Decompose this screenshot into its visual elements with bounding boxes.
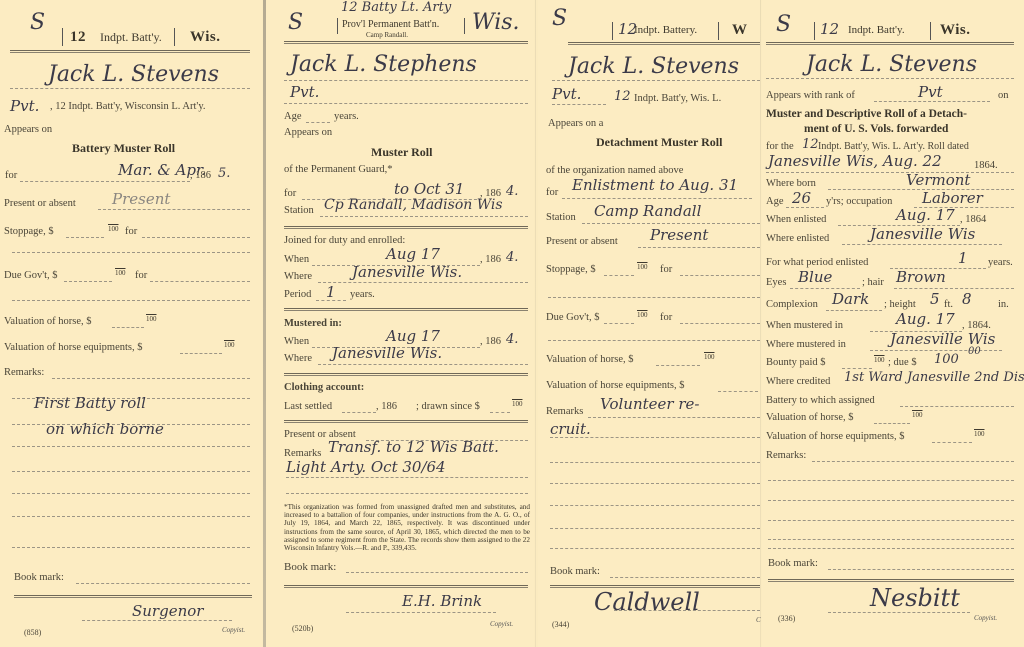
eyes-line — [790, 288, 860, 289]
bounty-paid-label: Bounty paid $ — [766, 357, 826, 368]
unit-handwritten: 12 Batty Lt. Arty — [341, 0, 451, 15]
mustered-when-label: When — [284, 336, 309, 347]
age-label: Age — [766, 196, 784, 207]
soldier-name: Jack L. Stevens — [48, 62, 219, 87]
copyist-signature: Surgenor — [132, 602, 203, 620]
remarks-line — [588, 417, 760, 418]
mustered-label: Mustered in: — [284, 318, 342, 329]
station-label: Station — [546, 212, 576, 223]
header-rule — [766, 42, 1014, 45]
form-number: (858) — [24, 628, 41, 637]
name-line — [766, 78, 1014, 79]
horse-equip-label: Valuation of horse equipments, $ — [546, 380, 685, 391]
unit-number: 12 — [70, 29, 86, 46]
born-value: Vermont — [906, 171, 970, 189]
drawn-since-cents: 100 — [512, 400, 523, 408]
mustered-where-line — [870, 350, 1002, 351]
book-mark-label: Book mark: — [550, 566, 600, 577]
for-line — [20, 181, 190, 182]
mustered-where-label: Where — [284, 353, 312, 364]
occupation-label: y'rs; occupation — [826, 196, 892, 207]
mustered-where-line — [318, 364, 528, 365]
roll-sublabel: of the Permanent Guard,* — [284, 164, 392, 175]
enlisted-when-label: When enlisted — [766, 214, 826, 225]
period-suffix: years. — [350, 289, 375, 300]
rank-line — [552, 104, 606, 105]
mustered-where-label: Where mustered in — [766, 339, 846, 350]
card-initial: S — [552, 6, 567, 31]
section-rule — [284, 308, 528, 311]
header-separator — [337, 18, 338, 34]
form-number: (520b) — [292, 624, 313, 633]
last-settled-year: , 186 — [376, 401, 397, 412]
bounty-due-cents: 00 — [968, 346, 981, 357]
period-label: Period — [284, 289, 311, 300]
bounty-paid-line — [842, 368, 872, 369]
remarks-line — [768, 539, 1014, 540]
for-line — [562, 198, 752, 199]
age-label: Age — [284, 111, 302, 122]
unit-sublabel: Camp Randall. — [366, 31, 408, 39]
due-gov-for: for — [135, 270, 147, 281]
service-card-detachment-muster-roll: S 12 Indpt. Battery. W Jack L. Stevens P… — [538, 0, 760, 647]
for-the-unit: 12 — [802, 137, 819, 152]
book-mark-line — [610, 577, 760, 578]
roll-title: Battery Muster Roll — [72, 141, 175, 156]
roll-year: 1864. — [974, 160, 998, 171]
card-initial: S — [288, 10, 303, 35]
station-label: Station — [284, 205, 314, 216]
service-card-permanent-guard-muster-roll: S 12 Batty Lt. Arty Prov'l Permanent Bat… — [266, 0, 534, 647]
remarks-label: Remarks — [546, 406, 583, 417]
credited-value: 1st Ward Janesville 2nd Dist Wis — [844, 370, 1024, 385]
remarks-line — [768, 548, 1014, 549]
header-rule — [568, 42, 760, 45]
section-rule — [284, 226, 528, 229]
remarks-label: Remarks: — [4, 367, 44, 378]
mustered-when-value: Aug. 17 — [896, 310, 955, 328]
roll-year-prefix: , 186 — [190, 170, 211, 181]
remarks-line — [768, 500, 1014, 501]
horse-line — [874, 423, 910, 424]
age-suffix: years. — [334, 111, 359, 122]
remarks-line-1: First Batty roll — [34, 394, 146, 412]
state-label: Wis. — [940, 22, 970, 39]
soldier-name: Jack L. Stevens — [568, 54, 739, 79]
blank-line — [548, 297, 760, 298]
for-the-suffix: Indpt. Batt'y, Wis. L. Art'y. Roll dated — [818, 141, 969, 152]
remarks-line — [550, 548, 760, 549]
remarks-line-1: Volunteer re- — [600, 395, 699, 413]
rank-suffix: on — [998, 90, 1009, 101]
rank-line — [874, 101, 990, 102]
horse-cents: 100 — [146, 315, 157, 323]
horse-valuation-label: Valuation of horse, $ — [4, 316, 91, 327]
book-mark-label: Book mark: — [14, 572, 64, 583]
eyes-value: Blue — [798, 268, 832, 286]
occupation-value: Laborer — [922, 189, 983, 207]
joined-year-prefix: , 186 — [480, 254, 501, 265]
station-value: Camp Randall — [594, 202, 701, 220]
remarks-line-2: cruit. — [550, 420, 591, 438]
enlisted-where-value: Janesville Wis — [870, 225, 975, 243]
roll-title-2: ment of U. S. Vols. forwarded — [804, 123, 948, 135]
remarks-line — [12, 493, 250, 494]
header-separator — [464, 18, 465, 34]
roll-title-1: Muster and Descriptive Roll of a Detach- — [766, 108, 967, 120]
remarks-line — [52, 378, 250, 379]
card-divider — [760, 0, 761, 647]
age-value: 26 — [792, 189, 811, 207]
header-separator — [930, 22, 931, 40]
unit-label: Indpt. Batt'y. — [848, 24, 905, 36]
present-line — [98, 209, 250, 210]
horse-equip-cents: 100 — [224, 341, 235, 349]
stoppage-for: for — [125, 226, 137, 237]
stoppage-line — [66, 237, 104, 238]
book-mark-line — [346, 572, 528, 573]
remarks-line-2: Light Arty. Oct 30/64 — [286, 458, 446, 476]
state-label: W — [732, 22, 748, 39]
remarks-line — [550, 528, 760, 529]
hair-value: Brown — [896, 268, 946, 286]
bounty-due-value: 100 — [934, 352, 959, 367]
joined-where-line — [318, 282, 528, 283]
header-rule — [284, 41, 528, 44]
name-line — [10, 88, 250, 89]
due-gov-label: Due Gov't, $ — [4, 270, 58, 281]
present-absent-value: Present — [650, 226, 708, 244]
joined-when-label: When — [284, 254, 309, 265]
period-value: 1 — [958, 249, 968, 267]
horse-line — [656, 365, 700, 366]
for-label: for — [284, 188, 296, 199]
clothing-label: Clothing account: — [284, 382, 364, 393]
station-line — [320, 216, 528, 217]
period-value: 1 — [326, 283, 336, 301]
horse-equip-label: Valuation of horse equipments, $ — [766, 431, 905, 442]
remarks-line — [12, 516, 250, 517]
period-suffix: years. — [988, 257, 1013, 268]
copyist-label: Copyist. — [974, 614, 997, 622]
due-gov-label: Due Gov't, $ — [546, 312, 600, 323]
remarks-line — [550, 483, 760, 484]
copyist-label: Copyist. — [490, 620, 513, 628]
appears-on-label: Appears on — [284, 127, 332, 138]
blank-line — [12, 252, 250, 253]
unit-label: Indpt. Batt'y. — [100, 30, 162, 45]
form-number: (336) — [778, 614, 795, 623]
name-line — [284, 80, 528, 81]
header-separator — [612, 22, 613, 40]
joined-where-label: Where — [284, 271, 312, 282]
horse-cents: 100 — [704, 353, 715, 361]
remarks-line — [12, 446, 250, 447]
remarks-line — [812, 461, 1014, 462]
joined-year-suffix: 4. — [506, 250, 518, 265]
roll-dated: Janesville Wis, Aug. 22 — [768, 152, 942, 170]
footer-rule — [284, 585, 528, 588]
due-gov-for-line — [680, 323, 760, 324]
appears-on-label: Appears on a — [548, 118, 603, 129]
state-label: Wis. — [472, 10, 520, 35]
age-line — [786, 207, 824, 208]
hair-label: ; hair — [862, 277, 884, 288]
footer-rule — [14, 595, 252, 598]
battery-assigned-line — [900, 406, 1014, 407]
name-line — [552, 80, 760, 81]
rank: Pvt. — [10, 97, 39, 115]
unit-label: Prov'l Permanent Batt'n. — [342, 19, 439, 30]
copyist-signature: Nesbitt — [870, 584, 960, 612]
soldier-name: Jack L. Stevens — [806, 52, 977, 77]
for-the-label: for the — [766, 141, 794, 152]
height-inches: 8 — [962, 290, 972, 308]
roll-year-suffix: 5. — [218, 166, 230, 181]
roll-sublabel: of the organization named above — [546, 165, 683, 176]
born-line — [828, 189, 1014, 190]
age-line — [306, 122, 330, 123]
service-card-battery-muster-roll: S 12 Indpt. Batt'y. Wis. Jack L. Stevens… — [0, 0, 262, 647]
rank-line — [284, 103, 528, 104]
copyist-line — [346, 612, 496, 613]
book-mark-label: Book mark: — [768, 558, 818, 569]
blank-line — [548, 340, 760, 341]
remarks-line-2: on which borne — [46, 420, 164, 438]
header-separator — [814, 22, 815, 40]
complexion-label: Complexion — [766, 299, 818, 310]
due-gov-line — [64, 281, 112, 282]
remarks-line — [768, 520, 1014, 521]
horse-valuation-label: Valuation of horse, $ — [766, 412, 853, 423]
hair-line — [894, 288, 1014, 289]
roll-title: Muster Roll — [371, 145, 432, 160]
header-separator — [62, 28, 63, 46]
horse-equip-line — [932, 442, 972, 443]
rank: Pvt. — [552, 85, 581, 103]
roll-title: Detachment Muster Roll — [596, 135, 722, 150]
joined-where-value: Janesville Wis. — [352, 263, 462, 281]
stoppage-cents: 100 — [108, 225, 119, 233]
mustered-year-suffix: 4. — [506, 332, 518, 347]
rank-label: Appears with rank of — [766, 90, 855, 101]
form-number: (344) — [552, 620, 569, 629]
remarks-label: Remarks: — [766, 450, 806, 461]
due-gov-line — [604, 323, 634, 324]
joined-when-value: Aug 17 — [386, 245, 440, 263]
horse-equip-line — [718, 391, 758, 392]
remarks-line — [286, 493, 528, 494]
unit-number-hand: 12 — [614, 89, 631, 104]
roll-period: to Oct 31 — [394, 180, 464, 198]
bounty-due-label: ; due $ — [888, 357, 917, 368]
mustered-when-label: When mustered in — [766, 320, 843, 331]
present-absent-label: Present or absent — [546, 236, 618, 247]
footer-rule — [768, 579, 1014, 582]
due-gov-cents: 100 — [115, 269, 126, 277]
card-initial: S — [776, 12, 791, 37]
rank: Pvt — [918, 83, 943, 101]
remarks-line — [550, 462, 760, 463]
present-line — [638, 247, 760, 248]
enlisted-when-value: Aug. 17 — [896, 206, 955, 224]
remarks-line — [550, 505, 760, 506]
stoppage-for: for — [660, 264, 672, 275]
mustered-year-prefix: , 186 — [480, 336, 501, 347]
section-rule — [284, 373, 528, 376]
footnote: *This organization was formed from unass… — [284, 503, 530, 552]
unit-line: Indpt. Batt'y, Wis. L. — [634, 93, 721, 104]
remarks-line — [550, 437, 760, 438]
enlisted-year: , 1864 — [960, 214, 986, 225]
stoppage-label: Stoppage, $ — [4, 226, 54, 237]
stoppage-cents: 100 — [637, 263, 648, 271]
stoppage-line — [604, 275, 634, 276]
state-label: Wis. — [190, 29, 220, 46]
card-divider — [535, 0, 536, 647]
enlisted-where-label: Where enlisted — [766, 233, 829, 244]
unit-label: Indpt. Battery. — [634, 24, 697, 36]
horse-line — [112, 327, 144, 328]
station-value: Cp Randall, Madison Wis — [324, 197, 503, 213]
present-absent-label: Present or absent — [4, 198, 76, 209]
remarks-line — [286, 477, 528, 478]
copyist-label: C — [756, 616, 761, 624]
due-gov-cents: 100 — [637, 311, 648, 319]
book-mark-line — [76, 583, 250, 584]
service-card-descriptive-roll: S 12 Indpt. Batt'y. Wis. Jack L. Stevens… — [762, 0, 1024, 647]
horse-equip-cents: 100 — [974, 430, 985, 438]
period-label: For what period enlisted — [766, 257, 868, 268]
unit-number: 12 — [820, 20, 839, 38]
bounty-paid-cents: 100 — [874, 356, 885, 364]
last-settled-line — [342, 412, 376, 413]
copyist-line — [828, 612, 970, 613]
section-rule — [284, 420, 528, 423]
enlisted-where-line — [842, 244, 1002, 245]
complexion-line — [826, 310, 882, 311]
roll-dated-line — [766, 172, 1014, 173]
rank: Pvt. — [290, 83, 319, 101]
book-mark-line — [828, 569, 1014, 570]
battery-assigned-label: Battery to which assigned — [766, 395, 875, 406]
appears-on-label: Appears on — [4, 124, 52, 135]
inches-label: in. — [998, 299, 1009, 310]
remarks-line-1: Transf. to 12 Wis Batt. — [328, 438, 499, 456]
roll-year-suffix: 4. — [506, 184, 518, 199]
credited-label: Where credited — [766, 376, 830, 387]
height-label: ; height — [884, 299, 916, 310]
blank-line — [12, 300, 250, 301]
for-label: for — [546, 187, 558, 198]
copyist-label: Copyist. — [222, 626, 245, 634]
mustered-where-value: Janesville Wis. — [332, 344, 442, 362]
horse-valuation-label: Valuation of horse, $ — [546, 354, 633, 365]
header-separator — [174, 28, 175, 46]
stoppage-label: Stoppage, $ — [546, 264, 596, 275]
remarks-line — [12, 547, 250, 548]
drawn-since-line — [490, 412, 510, 413]
copyist-signature: E.H. Brink — [402, 592, 482, 610]
for-label: for — [5, 170, 17, 181]
due-gov-for-line — [150, 281, 250, 282]
stoppage-for-line — [142, 237, 250, 238]
last-settled-label: Last settled — [284, 401, 332, 412]
card-initial: S — [30, 10, 45, 35]
copyist-line — [82, 620, 232, 621]
header-separator — [718, 22, 719, 40]
drawn-since-label: ; drawn since $ — [416, 401, 480, 412]
born-label: Where born — [766, 178, 816, 189]
copyist-signature: Caldwell — [594, 588, 700, 616]
feet-label: ft. — [944, 299, 953, 310]
station-line — [582, 223, 760, 224]
remarks-line — [12, 471, 250, 472]
horse-cents: 100 — [912, 411, 923, 419]
book-mark-label: Book mark: — [284, 561, 336, 573]
unit-line: , 12 Indpt. Batt'y, Wisconsin L. Art'y. — [50, 101, 206, 112]
height-feet: 5 — [930, 290, 940, 308]
present-absent-value: Present — [112, 190, 170, 208]
stoppage-for-line — [680, 275, 760, 276]
remarks-line — [768, 480, 1014, 481]
mustered-when-value: Aug 17 — [386, 327, 440, 345]
due-gov-for: for — [660, 312, 672, 323]
roll-period: Enlistment to Aug. 31 — [572, 176, 738, 194]
header-rule — [10, 50, 250, 53]
soldier-name: Jack L. Stephens — [290, 52, 477, 77]
eyes-label: Eyes — [766, 277, 786, 288]
horse-equip-line — [180, 353, 222, 354]
complexion-value: Dark — [832, 290, 869, 308]
horse-equip-label: Valuation of horse equipments, $ — [4, 342, 143, 353]
